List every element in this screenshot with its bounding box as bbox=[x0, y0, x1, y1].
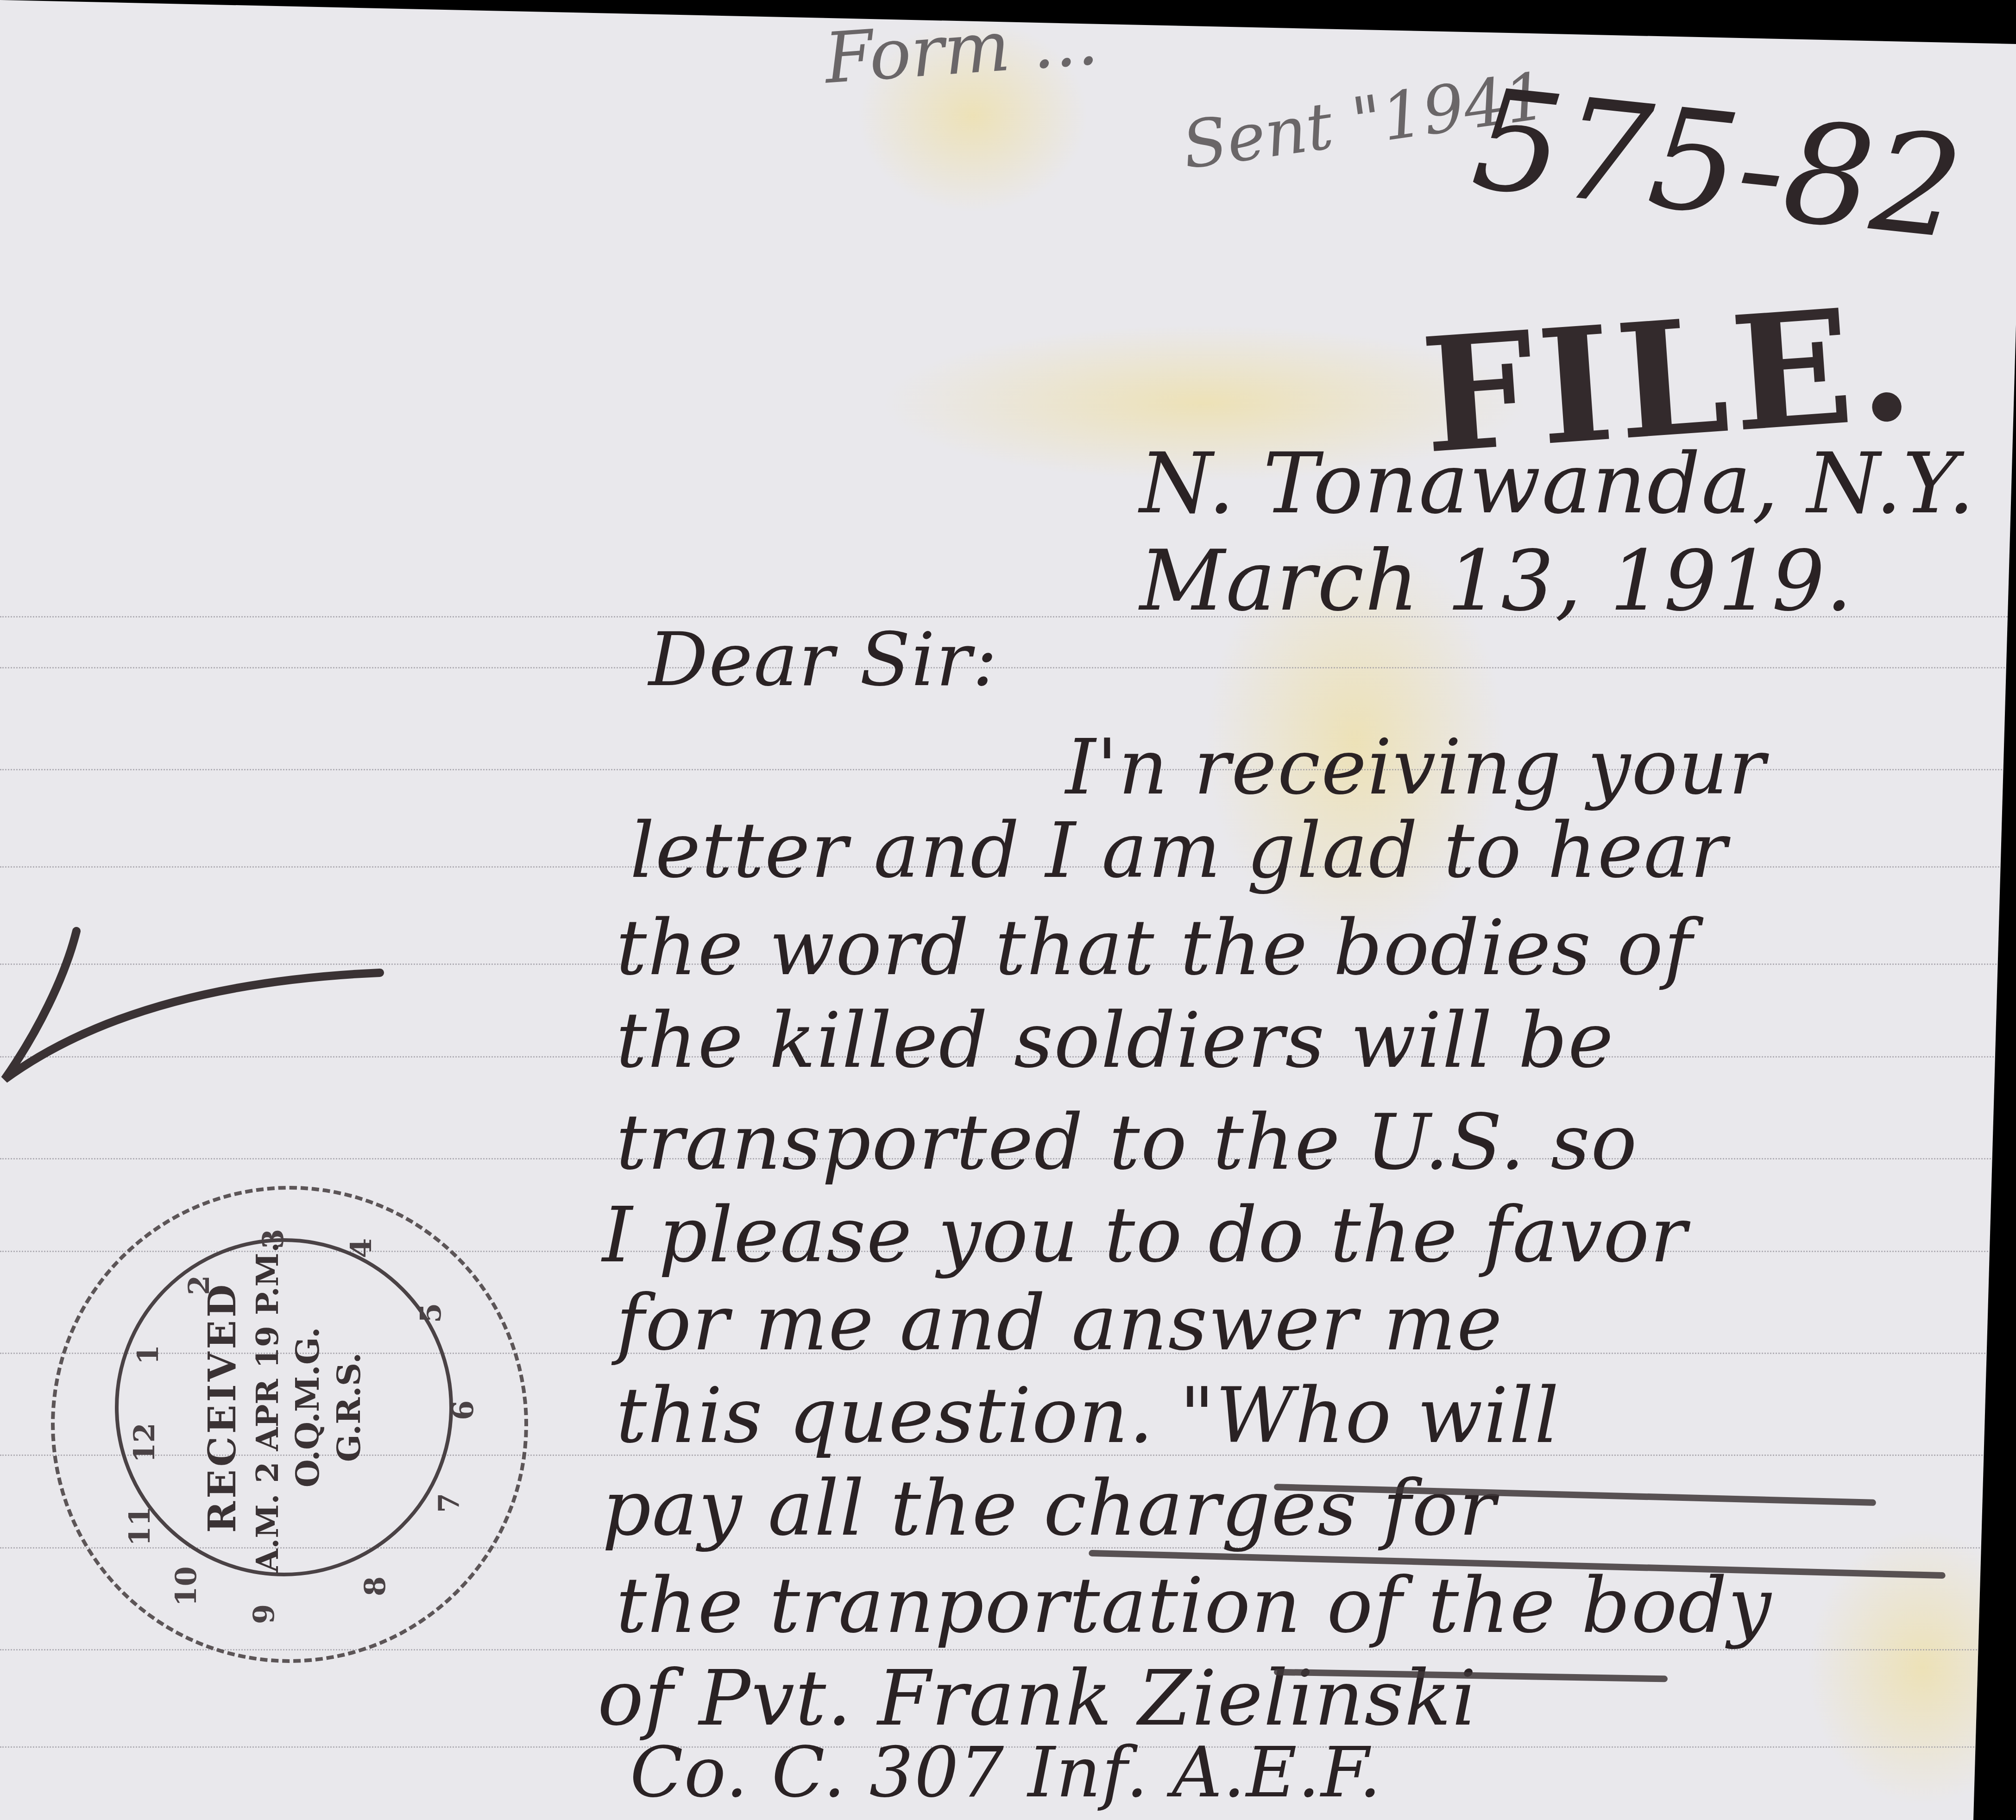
body-line: this question. "Who will bbox=[616, 1371, 1560, 1460]
clock-number: 9 bbox=[247, 1604, 281, 1624]
received-stamp-inner: RECEIVED A.M. 2 APR 19 P.M. O.Q.M.G. G.R… bbox=[115, 1238, 453, 1576]
body-line: transported to the U.S. so bbox=[616, 1098, 1638, 1187]
body-line: pay all the charges for bbox=[602, 1464, 1496, 1553]
received-title: RECEIVED bbox=[200, 1282, 245, 1533]
file-number: 575-82 bbox=[1466, 58, 1969, 270]
body-line: the tranportation of the body bbox=[616, 1561, 1772, 1650]
body-line: of Pvt. Frank Zielinski bbox=[598, 1654, 1477, 1743]
body-line: Co. C. 307 Inf. A.E.F. bbox=[630, 1732, 1382, 1813]
salutation: Dear Sir: bbox=[649, 616, 998, 703]
letter-place: N. Tonawanda, N.Y. bbox=[1140, 435, 1975, 532]
body-line: the killed soldiers will be bbox=[616, 996, 1614, 1085]
received-office: O.Q.M.G. bbox=[288, 1327, 327, 1488]
body-line: I please you to do the favor bbox=[602, 1190, 1688, 1279]
received-stamp: 12 1 2 3 4 5 6 7 8 9 10 11 RECEIVED A.M.… bbox=[51, 1186, 528, 1663]
body-line: for me and answer me bbox=[616, 1278, 1503, 1367]
letter-sheet: Form ... Sent "1941 575-82 FILE. N. Tona… bbox=[0, 0, 2016, 1820]
clock-number: 8 bbox=[358, 1576, 392, 1596]
ruled-line bbox=[0, 667, 2016, 668]
received-office: G.R.S. bbox=[329, 1353, 368, 1462]
letter-date: March 13, 1919. bbox=[1140, 533, 1853, 630]
body-line: letter and I am glad to hear bbox=[630, 806, 1728, 895]
received-date: A.M. 2 APR 19 P.M. bbox=[249, 1242, 285, 1572]
body-line: I'n receiving your bbox=[1065, 723, 1766, 812]
clock-number: 10 bbox=[169, 1566, 203, 1606]
check-mark-icon bbox=[0, 922, 394, 1089]
clock-number: 7 bbox=[432, 1493, 466, 1513]
body-line: the word that the bodies of bbox=[616, 903, 1693, 992]
